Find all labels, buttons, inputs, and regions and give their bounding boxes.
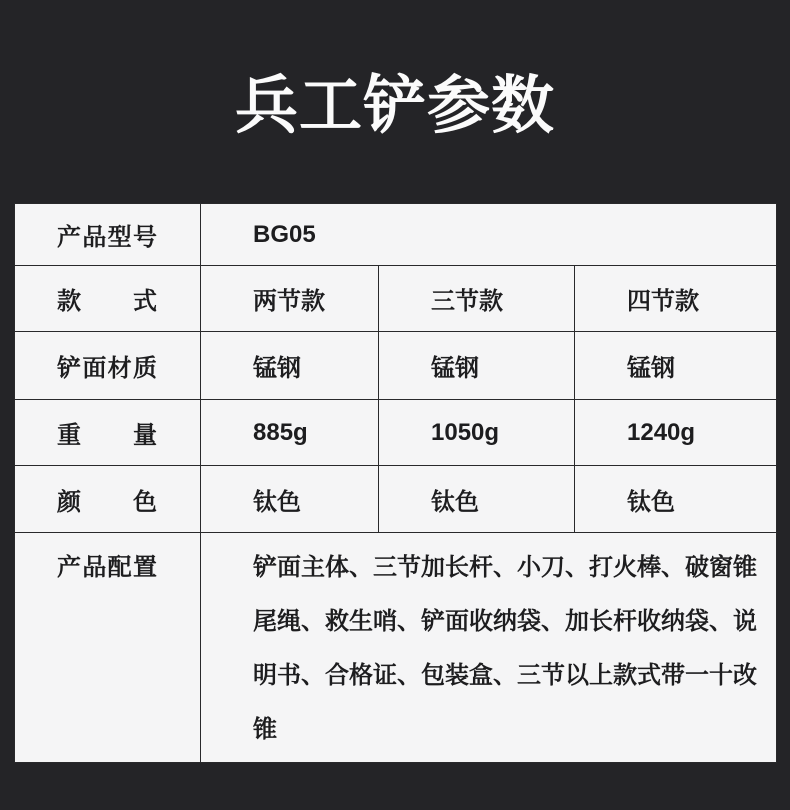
cell-color-3: 钛色 [575,466,777,533]
row-label-cell: 款式 [15,266,201,332]
cell-material-3: 锰钢 [575,332,777,400]
row-label-cell: 铲面材质 [15,332,201,400]
row-label: 颜色 [57,482,157,517]
cell-weight-2: 1050g [379,400,575,466]
page-title: 兵工铲参数 [0,72,790,140]
spec-table: 产品型号 BG05 款式 两节款 三节款 四节款 铲面材质 锰钢 锰钢 锰钢 [14,203,777,763]
table-row-style: 款式 两节款 三节款 四节款 [15,266,777,332]
row-label-cell: 产品配置 [15,533,201,763]
product-spec-page: 兵工铲参数 产品型号 BG05 款式 两节款 三节款 四节款 [0,0,790,763]
title-section: 兵工铲参数 [0,0,790,140]
cell-color-2: 钛色 [379,466,575,533]
row-label: 重量 [57,415,157,450]
row-label-cell: 产品型号 [15,204,201,266]
row-label: 产品配置 [57,541,157,595]
row-label-cell: 颜色 [15,466,201,533]
cell-color-1: 钛色 [201,466,379,533]
row-label: 铲面材质 [57,348,157,383]
table-row-material: 铲面材质 锰钢 锰钢 锰钢 [15,332,777,400]
table-row-weight: 重量 885g 1050g 1240g [15,400,777,466]
table-row-color: 颜色 钛色 钛色 钛色 [15,466,777,533]
table-row-model: 产品型号 BG05 [15,204,777,266]
table-row-configuration: 产品配置 铲面主体、三节加长杆、小刀、打火棒、破窗锥尾绳、救生哨、铲面收纳袋、加… [15,533,777,763]
cell-style-1: 两节款 [201,266,379,332]
cell-model-value: BG05 [201,204,777,266]
cell-style-3: 四节款 [575,266,777,332]
row-label: 款式 [57,281,157,316]
row-label-cell: 重量 [15,400,201,466]
cell-weight-3: 1240g [575,400,777,466]
row-label: 产品型号 [57,217,157,252]
cell-material-2: 锰钢 [379,332,575,400]
configuration-text: 铲面主体、三节加长杆、小刀、打火棒、破窗锥尾绳、救生哨、铲面收纳袋、加长杆收纳袋… [253,541,757,757]
cell-configuration-value: 铲面主体、三节加长杆、小刀、打火棒、破窗锥尾绳、救生哨、铲面收纳袋、加长杆收纳袋… [201,533,777,763]
cell-weight-1: 885g [201,400,379,466]
cell-material-1: 锰钢 [201,332,379,400]
cell-style-2: 三节款 [379,266,575,332]
